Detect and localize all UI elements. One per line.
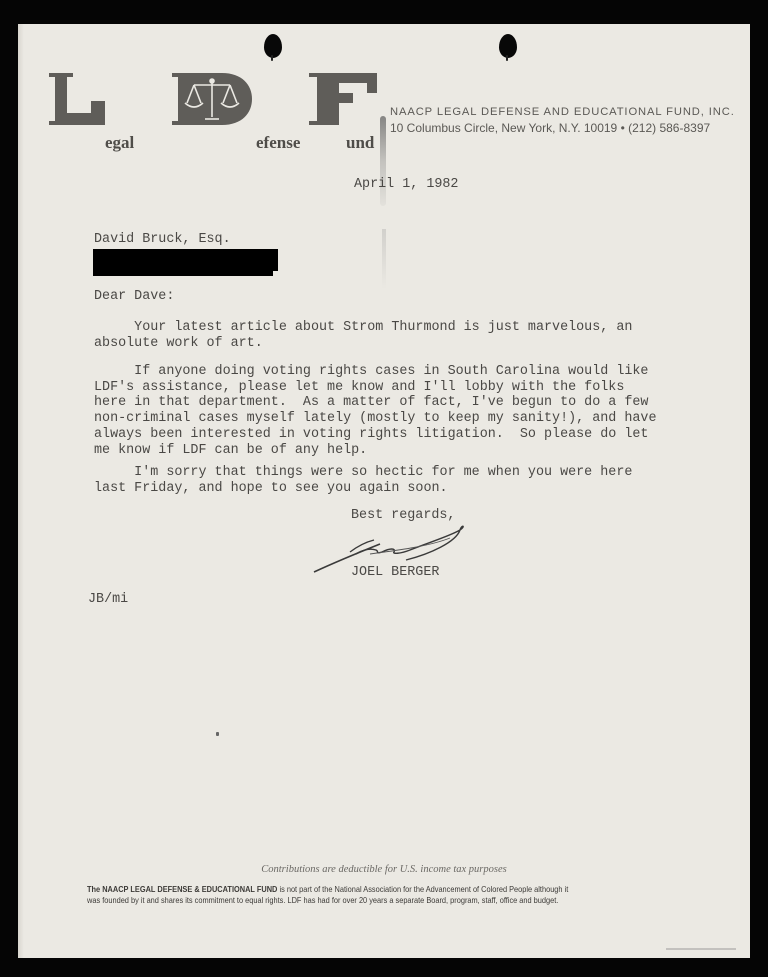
- body-paragraph-3: I'm sorry that things were so hectic for…: [94, 465, 632, 496]
- logo-letter-d: [172, 73, 254, 125]
- footer-notice-lead: The NAACP LEGAL DEFENSE & EDUCATIONAL FU…: [87, 884, 277, 894]
- footer-notice-line1: is not part of the National Association …: [277, 884, 568, 894]
- recipient-name: David Bruck, Esq.: [94, 232, 231, 248]
- punch-hole-left: [264, 34, 282, 58]
- logo-letter-f: [309, 73, 379, 125]
- organization-address: 10 Columbus Circle, New York, N.Y. 10019…: [390, 120, 735, 136]
- ldf-logo: egal efense und: [47, 73, 391, 155]
- organization-name: NAACP LEGAL DEFENSE AND EDUCATIONAL FUND…: [390, 104, 735, 120]
- redacted-address: [93, 249, 273, 276]
- paper-edge: [18, 24, 24, 958]
- punch-hole-right: [499, 34, 517, 58]
- logo-word-legal: egal: [105, 134, 134, 151]
- footer-notice-line2: was founded by it and shares its commitm…: [87, 895, 558, 905]
- scan-smudge: [382, 229, 386, 289]
- signer-name: JOEL BERGER: [351, 565, 439, 581]
- reference-initials: JB/mi: [88, 592, 128, 608]
- footer-tagline: Contributions are deductible for U.S. in…: [18, 864, 750, 875]
- salutation: Dear Dave:: [94, 289, 174, 305]
- body-paragraph-2: If anyone doing voting rights cases in S…: [94, 364, 657, 458]
- logo-word-defense: efense: [256, 134, 300, 151]
- scan-mark: [666, 948, 736, 950]
- scan-speck: [216, 732, 219, 736]
- logo-word-fund: und: [346, 134, 374, 151]
- body-paragraph-1: Your latest article about Strom Thurmond…: [94, 320, 632, 351]
- closing: Best regards,: [351, 508, 455, 524]
- letterhead-contact: NAACP LEGAL DEFENSE AND EDUCATIONAL FUND…: [390, 104, 735, 136]
- letter-page: egal efense und NAACP LEGAL DEFEN: [18, 24, 750, 958]
- logo-letter-l: [47, 73, 107, 125]
- footer-notice: The NAACP LEGAL DEFENSE & EDUCATIONAL FU…: [87, 884, 620, 906]
- letter-date: April 1, 1982: [354, 177, 458, 193]
